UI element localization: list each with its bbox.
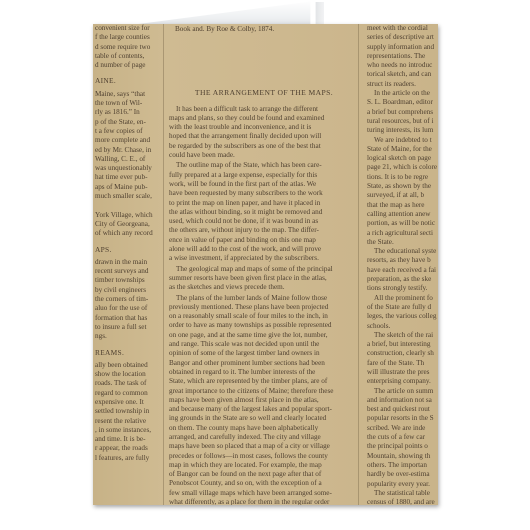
text-line: timber townships <box>95 276 163 285</box>
text-line: regard to common <box>95 389 163 398</box>
article-body: It has been a difficult task to arrange … <box>169 105 359 505</box>
column-rule-left <box>163 24 164 505</box>
text-line: of the State are fully d <box>367 303 438 312</box>
text-line: with the least trouble and inconvenience… <box>169 123 359 132</box>
text-line: popular resorts in the S <box>367 414 438 423</box>
text-line: tions strongly testify. <box>367 284 438 293</box>
text-line: scribed. We are inde <box>367 424 438 433</box>
text-line: a brief, but interesting <box>367 340 438 349</box>
text-line: r appear, the roads <box>95 444 163 453</box>
text-line: logical sketch on page <box>367 154 438 163</box>
text-line: The article on summ <box>367 387 438 396</box>
text-line: struct its readers. <box>367 80 438 89</box>
text-line: We are indebted to t <box>367 136 438 145</box>
text-line: summer resorts have been given first pla… <box>169 274 359 283</box>
text-line: City of Georgeana, <box>95 220 163 229</box>
text-line: p of the State, en- <box>95 118 163 127</box>
text-line: aluo for the use of <box>95 304 163 313</box>
text-line: turing interests, its lum <box>367 126 438 135</box>
text-line: the principal points o <box>367 442 438 451</box>
text-line: and range. This scale was not decided up… <box>169 340 359 349</box>
text-line: maps have been given almost first place … <box>169 396 359 405</box>
text-line: tions. It is to be regre <box>367 173 438 182</box>
text-line: by civil engineers <box>95 286 163 295</box>
text-line: show the location <box>95 370 163 379</box>
text-line: the atlas without binding, so it might b… <box>169 208 359 217</box>
text-line: torical sketch, and can <box>367 70 438 79</box>
text-line: Penobscot County, and so on, with the ex… <box>169 479 359 488</box>
text-line: formation that has <box>95 314 163 323</box>
text-line: supply information and <box>367 43 438 52</box>
text-line: f the large counties <box>95 33 163 42</box>
right-column: meet with the cordialseries of descripti… <box>363 24 438 505</box>
text-line: surveyed, if at all, b <box>367 191 438 200</box>
text-line: hat time ever pub- <box>95 173 163 182</box>
text-line: hardly be over-estima <box>367 470 438 479</box>
text-line: map in which they are located. For examp… <box>169 461 359 470</box>
text-line: State, as shown by the <box>367 182 438 191</box>
text-line: expensive one. It <box>95 398 163 407</box>
text-line: The outline map of the State, which has … <box>169 161 359 170</box>
text-line: of Bangor can be found on the next page … <box>169 470 359 479</box>
text-line: the corners of tim- <box>95 295 163 304</box>
text-line: The statistical table <box>367 489 438 498</box>
text-line: used, which could not be done, if it was… <box>169 217 359 226</box>
text-line: State, which are represented by the timb… <box>169 377 359 386</box>
text-line: precedes or follows—in most cases, follo… <box>169 452 359 461</box>
text-line: enterprising company. <box>367 377 438 386</box>
running-header-line: Book and. By Roe & Colby, 1874. <box>169 25 359 34</box>
text-line: popularity every year. <box>367 480 438 489</box>
text-line: tural resources, but of i <box>367 117 438 126</box>
text-line: ing grounds in the State are so well and… <box>169 414 359 423</box>
article-paragraph: The geological map and maps of some of t… <box>169 265 359 293</box>
text-line: In the article on the <box>367 89 438 98</box>
text-line: preparation, as the ske <box>367 275 438 284</box>
article-paragraph: The outline map of the State, which has … <box>169 161 359 263</box>
text-line: convenient size for <box>95 24 163 33</box>
text-line: York Village, which <box>95 211 163 220</box>
text-line: what differently, as a place for them in… <box>169 498 359 505</box>
text-line: page 21, which is colore <box>367 163 438 172</box>
text-line: Walling, C. E., of <box>95 155 163 164</box>
text-line: resorts, as they have b <box>367 256 438 265</box>
text-line: The sketch of the rai <box>367 331 438 340</box>
text-line: hoped that the arrangement finally decid… <box>169 132 359 141</box>
section-heading-streams: REAMS. <box>95 348 163 357</box>
text-line: on them. The county maps have been alpha… <box>169 424 359 433</box>
text-line: construction, clearly sh <box>367 349 438 358</box>
text-line: d some require two <box>95 43 163 52</box>
text-line: the cuts of a few car <box>367 433 438 442</box>
text-line: recent surveys and <box>95 267 163 276</box>
section-text-streams: ally been obtainedshow the locationroads… <box>95 361 163 463</box>
text-line: the State. <box>367 238 438 247</box>
text-line: The plans of the lumber lands of Maine f… <box>169 294 359 303</box>
text-line: The educational syste <box>367 247 438 256</box>
text-line: ngs. <box>95 332 163 341</box>
text-line: fully prepared at a large expense, espec… <box>169 171 359 180</box>
left-column: convenient size forf the large countiesd… <box>93 24 163 505</box>
article-paragraph: The plans of the lumber lands of Maine f… <box>169 294 359 505</box>
text-line: schools. <box>367 322 438 331</box>
text-line: ence in value of paper and binding on th… <box>169 236 359 245</box>
text-line: State of Maine, for the <box>367 145 438 154</box>
text-line: fare of the State. Th <box>367 359 438 368</box>
text-line: as the sketches and views precede them. <box>169 283 359 292</box>
text-line: order to have as many townships as possi… <box>169 321 359 330</box>
section-text-maine: Maine, says “thatthe town of Wil-rly as … <box>95 90 163 239</box>
text-line: resent the relative <box>95 417 163 426</box>
text-line: of which any record <box>95 229 163 238</box>
article-paragraph: It has been a difficult task to arrange … <box>169 105 359 161</box>
text-line: The geological map and maps of some of t… <box>169 265 359 274</box>
text-line: more complete and <box>95 136 163 145</box>
text-line: drawn in the main <box>95 258 163 267</box>
greeting-card-front: convenient size forf the large countiesd… <box>93 24 438 505</box>
text-line: , in some instances, <box>95 426 163 435</box>
text-line: who needs no introduc <box>367 61 438 70</box>
text-line: much smaller scale, <box>95 192 163 201</box>
text-line: representations. The <box>367 52 438 61</box>
text-line: opinion of some of the largest timber la… <box>169 349 359 358</box>
text-line: meet with the cordial <box>367 24 438 33</box>
text-line: S. L. Boardman, editor <box>367 98 438 107</box>
text-line: few small village maps which have been a… <box>169 489 359 498</box>
text-line: have been requested by many subscribers … <box>169 189 359 198</box>
text-line: roads. The task of <box>95 379 163 388</box>
text-line: arranged, and carefully indexed. The cit… <box>169 433 359 442</box>
text-line: a wise investment, if appreciated by the… <box>169 254 359 263</box>
text-line: a brief but comprehens <box>367 108 438 117</box>
section-heading-maps: APS. <box>95 245 163 254</box>
text-line: will illustrate the pres <box>367 368 438 377</box>
text-line: d number of page <box>95 61 163 70</box>
text-line: the town of Wil- <box>95 99 163 108</box>
left-intro-text: convenient size forf the large countiesd… <box>95 24 163 70</box>
text-line: settled township in <box>95 407 163 416</box>
text-line: could have been made. <box>169 151 359 160</box>
text-line: be regarded by the subscribers as one of… <box>169 142 359 151</box>
section-heading-maine: AINE. <box>95 76 163 85</box>
text-line: obtained in regard to it. The lumber int… <box>169 368 359 377</box>
text-line: and information not sa <box>367 396 438 405</box>
text-line: previously mentioned. These plans have b… <box>169 303 359 312</box>
text-line: and time. It is be- <box>95 435 163 444</box>
text-line: aps of Maine pub- <box>95 183 163 192</box>
text-line: census of 1880, and are <box>367 498 438 505</box>
text-line: Maine, says “that <box>95 90 163 99</box>
text-line: It has been a difficult task to arrange … <box>169 105 359 114</box>
text-line: l features, are fully <box>95 454 163 463</box>
right-column-text: meet with the cordialseries of descripti… <box>367 24 438 505</box>
text-line: All the prominent fo <box>367 294 438 303</box>
text-line: was unquestionably <box>95 164 163 173</box>
text-line: that the map as here <box>367 201 438 210</box>
text-line: series of descriptive art <box>367 33 438 42</box>
text-line: the others are, without injury to the ma… <box>169 226 359 235</box>
text-line: Mountain, showing th <box>367 452 438 461</box>
text-line: table of contents, <box>95 52 163 61</box>
text-line: rly as 1816.” In <box>95 108 163 117</box>
text-line: a rich agricultural secti <box>367 229 438 238</box>
text-line: leges, the various colleg <box>367 312 438 321</box>
text-line <box>95 201 163 210</box>
text-line: calling attention anew <box>367 210 438 219</box>
text-line: on a reasonably small scale of four mile… <box>169 312 359 321</box>
text-line: to insure a full set <box>95 323 163 332</box>
text-line: best and quickest rout <box>367 405 438 414</box>
text-line: on one page, and at the same time give t… <box>169 331 359 340</box>
text-line: work, will be found in the first part of… <box>169 180 359 189</box>
text-line: great importance to the citizens of Main… <box>169 387 359 396</box>
text-line: and because many of the largest lakes an… <box>169 405 359 414</box>
text-line: Bangor and other prominent lumber sectio… <box>169 359 359 368</box>
section-text-maps: drawn in the mainrecent surveys andtimbe… <box>95 258 163 342</box>
text-line: to print the map on linen paper, and hav… <box>169 199 359 208</box>
text-line: maps have been so placed that a map of a… <box>169 442 359 451</box>
text-line: alone will add to the cost of the work, … <box>169 245 359 254</box>
text-line: t a few copies of <box>95 127 163 136</box>
article-title: THE ARRANGEMENT OF THE MAPS. <box>169 88 359 97</box>
text-line: ally been obtained <box>95 361 163 370</box>
text-line: maps and plans, so they could be found a… <box>169 114 359 123</box>
text-line: others. The importan <box>367 461 438 470</box>
text-line: ed by Mr. Chase, in <box>95 146 163 155</box>
text-line: have each received a fai <box>367 266 438 275</box>
text-line: portion, as will be notic <box>367 219 438 228</box>
middle-column: Book and. By Roe & Colby, 1874. THE ARRA… <box>165 24 363 505</box>
